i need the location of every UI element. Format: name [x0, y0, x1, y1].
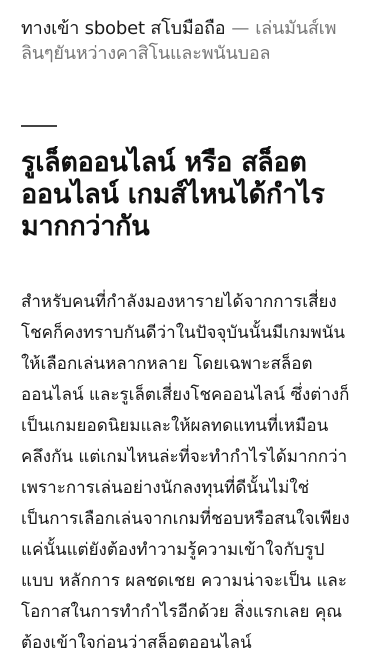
post-paragraph: สำหรับคนที่กำลังมองหารายได้จากการเสี่ยงโ…	[21, 287, 355, 659]
post-title: รูเล็ตออนไลน์ หรือ สล็อตออนไลน์ เกมส์ไหน…	[21, 147, 355, 243]
title-separator: —	[231, 18, 249, 39]
site-title-link[interactable]: ทางเข้า sbobet สโบมือถือ	[21, 18, 225, 39]
post-body: สำหรับคนที่กำลังมองหารายได้จากการเสี่ยงโ…	[21, 287, 355, 659]
site-header: ทางเข้า sbobet สโบมือถือ—เล่นมันส์เพลินๆ…	[21, 0, 355, 66]
page: ทางเข้า sbobet สโบมือถือ—เล่นมันส์เพลินๆ…	[0, 0, 375, 659]
title-divider	[21, 125, 57, 127]
